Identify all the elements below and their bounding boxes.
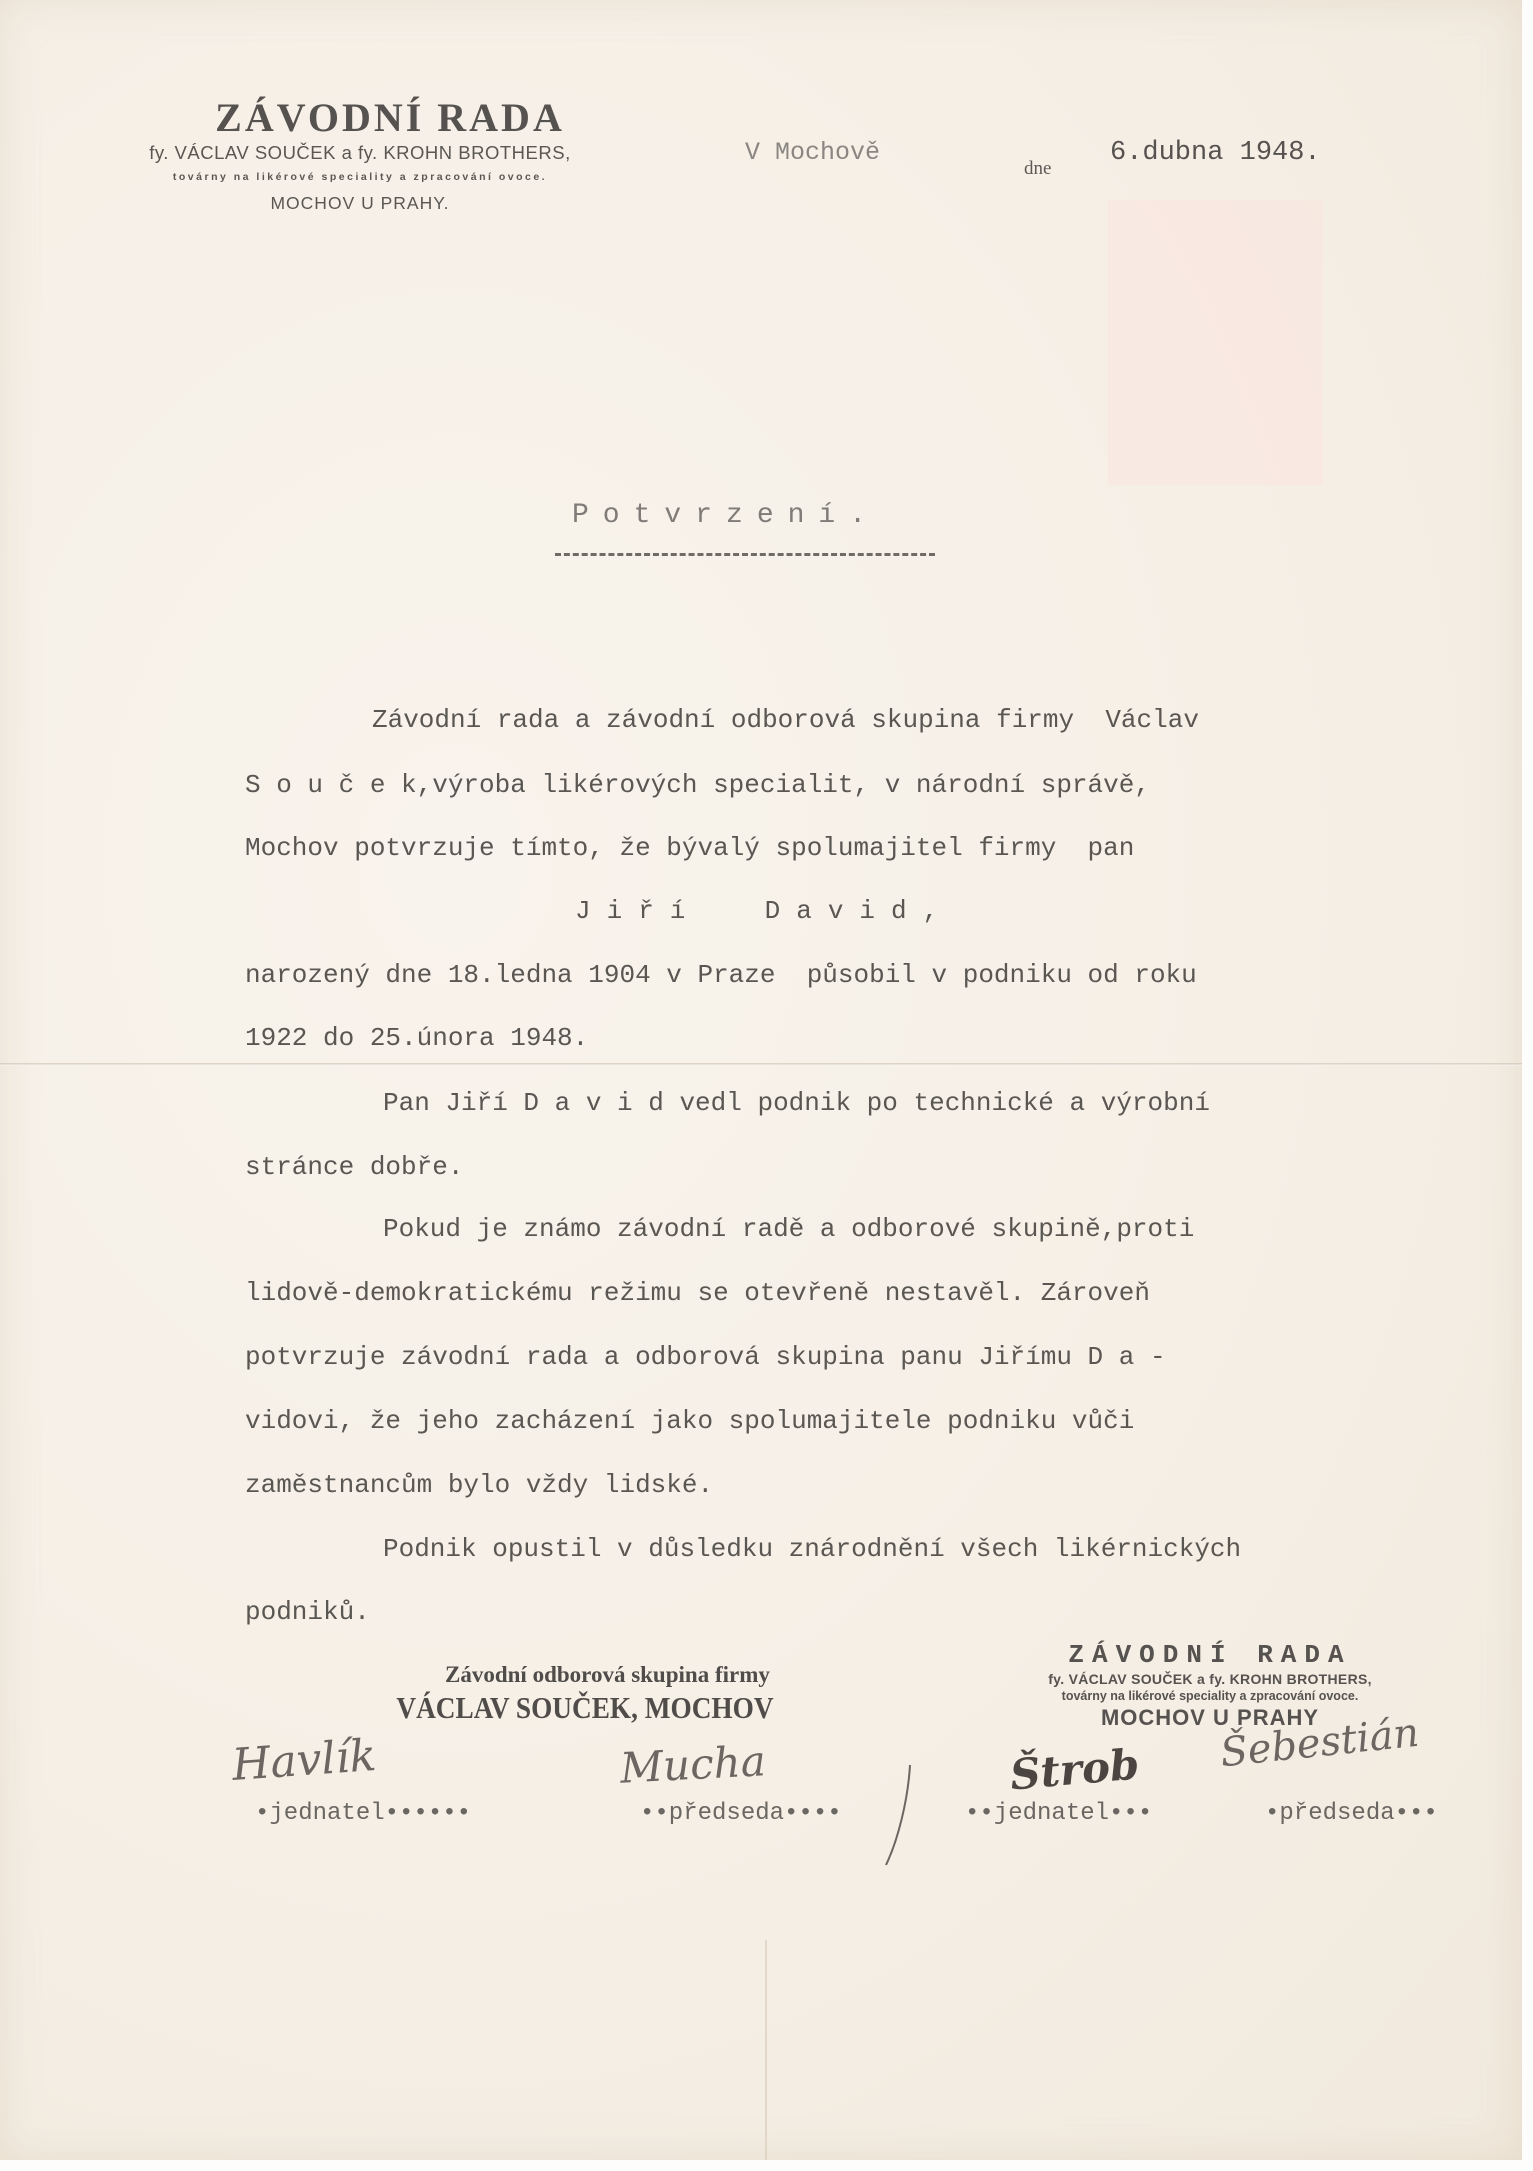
label-jednatel-council: ••jednatel•••	[965, 1800, 1152, 1827]
title-underline	[555, 553, 935, 556]
council-stamp-line3: továrny na likérové speciality a zpracov…	[990, 1688, 1430, 1705]
body-line: Pokud je známo závodní radě a odborové s…	[383, 1214, 1194, 1244]
paper-stain	[1108, 200, 1323, 485]
dateline-place: V Mochově	[745, 138, 880, 167]
body-line: stránce dobře.	[245, 1152, 463, 1182]
letterhead-title: ZÁVODNÍ RADA	[140, 96, 640, 140]
letterhead-city: MOCHOV U PRAHY.	[80, 192, 640, 214]
council-stamp-line2: fy. VÁCLAV SOUČEK a fy. KROHN BROTHERS,	[990, 1670, 1430, 1688]
body-line: 1922 do 25.února 1948.	[245, 1023, 588, 1053]
fold-crease-horizontal	[0, 1063, 1522, 1066]
body-line: lidově-demokratickému režimu se otevřeně…	[245, 1278, 1150, 1308]
body-line: potvrzuje závodní rada a odborová skupin…	[245, 1342, 1166, 1372]
signature-predseda-union: Mucha	[619, 1736, 767, 1793]
dateline-date: 6.dubna 1948.	[1110, 138, 1321, 168]
body-line: narozený dne 18.ledna 1904 v Praze působ…	[245, 960, 1197, 990]
council-stamp-line1: ZÁVODNÍ RADA	[990, 1640, 1430, 1670]
union-stamp-line1: Závodní odborová skupina firmy	[445, 1660, 875, 1690]
signature-jednatel-union: Havlík	[230, 1730, 377, 1791]
label-predseda-council: •předseda•••	[1265, 1800, 1438, 1827]
signature-flourish-icon	[880, 1760, 920, 1870]
label-predseda-union: ••předseda••••	[640, 1800, 842, 1827]
body-line: Mochov potvrzuje tímto, že bývalý spolum…	[245, 833, 1134, 863]
label-jednatel-union: •jednatel••••••	[255, 1800, 471, 1827]
dateline-dne-label: dne	[1024, 158, 1051, 180]
body-line-name: Jiří David,	[575, 896, 954, 926]
letterhead: ZÁVODNÍ RADA fy. VÁCLAV SOUČEK a fy. KRO…	[80, 96, 640, 214]
body-line: S o u č e k,výroba likérových specialit,…	[245, 770, 1150, 800]
document-title: Potvrzení.	[572, 500, 880, 531]
body-line: Podnik opustil v důsledku znárodnění vše…	[383, 1534, 1241, 1564]
union-stamp: Závodní odborová skupina firmy VÁCLAV SO…	[295, 1660, 875, 1726]
letterhead-products: továrny na likérové speciality a zpracov…	[80, 170, 640, 184]
body-line: Závodní rada a závodní odborová skupina …	[372, 705, 1199, 735]
body-line: podniků.	[245, 1597, 370, 1627]
fold-crease-vertical	[765, 1940, 767, 2160]
body-line: zaměstnancům bylo vždy lidské.	[245, 1470, 713, 1500]
body-line: Pan Jiří D a v i d vedl podnik po techni…	[383, 1088, 1210, 1118]
union-stamp-line2: VÁCLAV SOUČEK, MOCHOV	[330, 1690, 840, 1726]
letterhead-firms: fy. VÁCLAV SOUČEK a fy. KROHN BROTHERS,	[80, 142, 640, 164]
body-line: vidovi, že jeho zacházení jako spolumaji…	[245, 1406, 1134, 1436]
